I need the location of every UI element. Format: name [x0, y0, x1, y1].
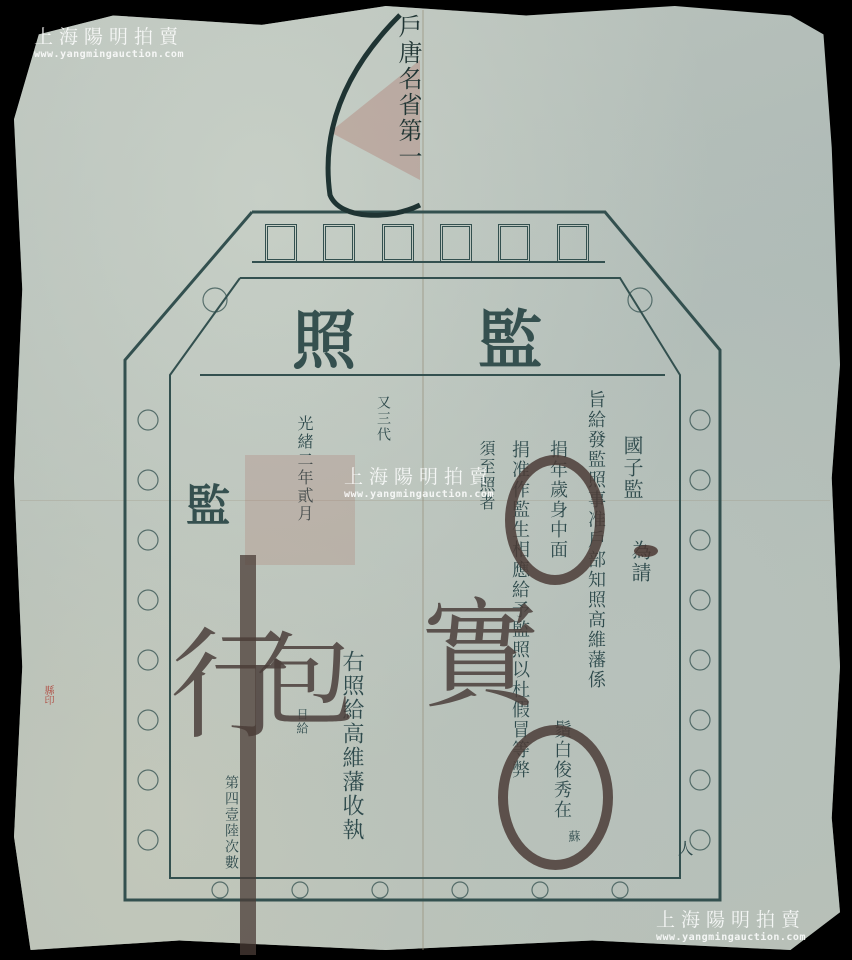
watermark-url: www.yangmingauction.com [34, 49, 184, 60]
seal-glyph [440, 224, 472, 262]
brush-circle-bottom [498, 725, 613, 870]
red-seal-square [245, 455, 355, 565]
red-side-stamp: 縣印 [40, 685, 55, 705]
watermark-center: 上海陽明拍賣 www.yangmingauction.com [344, 462, 494, 500]
serial-number: 第四壹陸次數 [224, 775, 238, 871]
seal-glyph [265, 224, 297, 262]
brush-dot [634, 545, 658, 557]
watermark-top-left: 上海陽明拍賣 www.yangmingauction.com [34, 22, 184, 60]
seal-glyph [557, 224, 589, 262]
text-column: 國子監 [622, 435, 642, 501]
watermark-url: www.yangmingauction.com [344, 489, 494, 500]
brush-char-xing: 行 [170, 590, 290, 762]
watermark-chinese: 上海陽明拍賣 [656, 905, 806, 932]
watermark-chinese: 上海陽明拍賣 [34, 22, 184, 49]
text-column: 人 [676, 840, 692, 858]
side-stamp-char: 監 [186, 470, 230, 534]
brush-vertical-stroke [240, 555, 256, 955]
seal-script-band [252, 220, 602, 266]
seal-glyph [382, 224, 414, 262]
brush-circle-top [505, 455, 605, 585]
text-column: 又三代 [376, 395, 390, 443]
watermark-bottom-right: 上海陽明拍賣 www.yangmingauction.com [656, 905, 806, 943]
seal-glyph [498, 224, 530, 262]
top-handwritten-note: 戶唐名省第一 [396, 14, 420, 170]
seal-glyph [323, 224, 355, 262]
title-char-jian: 監 [478, 290, 542, 382]
brush-char-shi: 實 [420, 560, 540, 732]
watermark-url: www.yangmingauction.com [656, 932, 806, 943]
watermark-chinese: 上海陽明拍賣 [344, 462, 494, 489]
title-char-zhao: 照 [292, 290, 356, 382]
